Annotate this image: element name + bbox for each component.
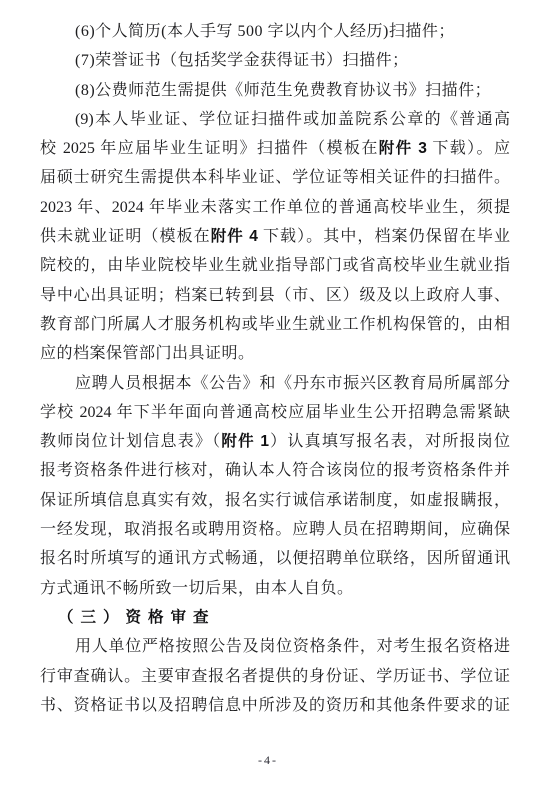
text-line: 教育部门所属人才服务机构或毕业生就业工作机构保管的，由相 xyxy=(40,310,510,339)
text-line: 校 2025 年应届毕业生证明》扫描件（模板在附件 3 下载）。应 xyxy=(40,134,510,163)
text-line: 一经发现，取消报名或聘用资格。应聘人员在招聘期间，应确保 xyxy=(40,515,510,544)
text-segment: 下载）。其中，档案仍保留在毕业 xyxy=(258,228,510,245)
bold-text: （三）资格审查 xyxy=(58,609,216,626)
text-line: 用人单位严格按照公告及岗位资格条件，对考生报名资格进 xyxy=(40,632,510,661)
text-segment: 2023 年、2024 年毕业未落实工作单位的普通高校毕业生，须提 xyxy=(40,199,510,216)
text-line: 报名时所填写的通讯方式畅通，以便招聘单位联络，因所留通讯 xyxy=(40,544,510,573)
text-line: 报考资格条件进行核对，确认本人符合该岗位的报考资格条件并 xyxy=(40,456,510,485)
text-segment: 校 2025 年应届毕业生证明》扫描件（模板在 xyxy=(40,140,379,157)
text-line: (6)个人简历(本人手写 500 字以内个人经历)扫描件； xyxy=(40,17,510,46)
text-segment: (7)荣誉证书（包括奖学金获得证书）扫描件； xyxy=(75,52,409,69)
text-segment: 报名时所填写的通讯方式畅通，以便招聘单位联络，因所留通讯 xyxy=(40,550,510,567)
text-line: 院校的，由毕业院校毕业生就业指导部门或省高校毕业生就业指 xyxy=(40,251,510,280)
text-segment: 书、资格证书以及招聘信息中所涉及的资历和其他条件要求的证 xyxy=(40,697,510,714)
text-segment: 届硕士研究生需提供本科毕业证、学位证等相关证件的扫描件。 xyxy=(40,169,510,186)
text-line: 导中心出具证明；档案已转到县（市、区）级及以上政府人事、 xyxy=(40,281,510,310)
page-number: -4- xyxy=(0,753,536,768)
text-segment: (8)公费师范生需提供《师范生免费教育协议书》扫描件； xyxy=(75,82,491,99)
text-line: (9)本人毕业证、学位证扫描件或加盖院系公章的《普通高 xyxy=(40,105,510,134)
text-segment: 导中心出具证明；档案已转到县（市、区）级及以上政府人事、 xyxy=(40,287,510,304)
text-line: 学校 2024 年下半年面向普通高校应届毕业生公开招聘急需紧缺 xyxy=(40,398,510,427)
text-segment: 应的档案保管部门出具证明。 xyxy=(40,345,255,362)
text-line: 2023 年、2024 年毕业未落实工作单位的普通高校毕业生，须提 xyxy=(40,193,510,222)
bold-text: 附件 3 xyxy=(379,140,427,157)
text-segment: 报考资格条件进行核对，确认本人符合该岗位的报考资格条件并 xyxy=(40,462,510,479)
text-segment: 方式通讯不畅所致一切后果，由本人自负。 xyxy=(40,580,354,597)
text-segment: 教育部门所属人才服务机构或毕业生就业工作机构保管的，由相 xyxy=(40,316,510,333)
text-segment: 一经发现，取消报名或聘用资格。应聘人员在招聘期间，应确保 xyxy=(40,521,510,538)
text-line: 书、资格证书以及招聘信息中所涉及的资历和其他条件要求的证 xyxy=(40,691,510,720)
text-segment: 供未就业证明（模板在 xyxy=(40,228,211,245)
document-body: (6)个人简历(本人手写 500 字以内个人经历)扫描件；(7)荣誉证书（包括奖… xyxy=(40,17,510,720)
text-segment: 行审查确认。主要审查报名者提供的身份证、学历证书、学位证 xyxy=(40,668,510,685)
text-segment: 用人单位严格按照公告及岗位资格条件，对考生报名资格进 xyxy=(75,638,510,655)
text-line: 应的档案保管部门出具证明。 xyxy=(40,339,510,368)
bold-text: 附件 1 xyxy=(221,433,269,450)
text-segment: 学校 2024 年下半年面向普通高校应届毕业生公开招聘急需紧缺 xyxy=(40,404,510,421)
text-line: 应聘人员根据本《公告》和《丹东市振兴区教育局所属部分 xyxy=(40,369,510,398)
text-segment: 应聘人员根据本《公告》和《丹东市振兴区教育局所属部分 xyxy=(75,375,510,392)
text-line: 届硕士研究生需提供本科毕业证、学位证等相关证件的扫描件。 xyxy=(40,163,510,192)
text-line: (8)公费师范生需提供《师范生免费教育协议书》扫描件； xyxy=(40,76,510,105)
text-segment: 院校的，由毕业院校毕业生就业指导部门或省高校毕业生就业指 xyxy=(40,257,510,274)
text-segment: (6)个人简历(本人手写 500 字以内个人经历)扫描件； xyxy=(75,23,455,40)
text-segment: (9)本人毕业证、学位证扫描件或加盖院系公章的《普通高 xyxy=(75,111,510,128)
text-segment: 教师岗位计划信息表》（ xyxy=(40,433,221,450)
text-line: 行审查确认。主要审查报名者提供的身份证、学历证书、学位证 xyxy=(40,662,510,691)
bold-text: 附件 4 xyxy=(211,228,258,245)
text-segment: 下载）。应 xyxy=(427,140,510,157)
text-segment: ）认真填写报名表，对所报岗位 xyxy=(269,433,510,450)
text-line: 方式通讯不畅所致一切后果，由本人自负。 xyxy=(40,574,510,603)
text-line: 供未就业证明（模板在附件 4 下载）。其中，档案仍保留在毕业 xyxy=(40,222,510,251)
text-segment: 保证所填信息真实有效，报名实行诚信承诺制度，如虚报瞒报， xyxy=(40,492,510,509)
text-line: 教师岗位计划信息表》（附件 1）认真填写报名表，对所报岗位 xyxy=(40,427,510,456)
text-line: 保证所填信息真实有效，报名实行诚信承诺制度，如虚报瞒报， xyxy=(40,486,510,515)
text-line: (7)荣誉证书（包括奖学金获得证书）扫描件； xyxy=(40,46,510,75)
document-page: (6)个人简历(本人手写 500 字以内个人经历)扫描件；(7)荣誉证书（包括奖… xyxy=(0,0,536,786)
section-heading: （三）资格审查 xyxy=(40,603,510,632)
